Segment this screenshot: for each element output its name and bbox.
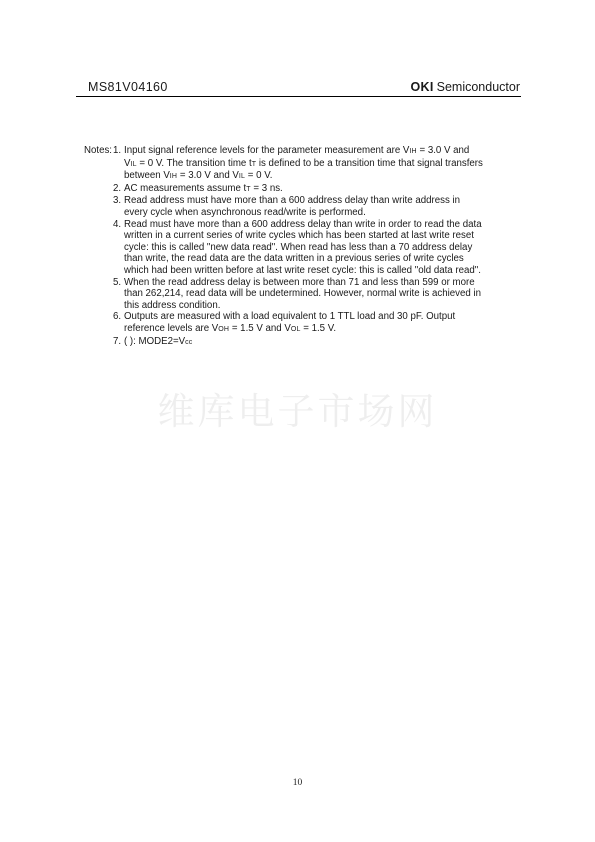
note-number: 5. <box>113 277 124 289</box>
notes-list: 1. Input signal reference levels for the… <box>113 145 554 348</box>
note-text: Outputs are measured with a load equival… <box>124 311 455 335</box>
note-text: Input signal reference levels for the pa… <box>124 145 483 183</box>
header-brand-suffix: Semiconductor <box>437 80 520 94</box>
note-number: 2. <box>113 183 124 195</box>
notes-label: Notes: <box>84 145 112 157</box>
note-item: 2. AC measurements assume tT = 3 ns. <box>113 183 554 196</box>
note-item: 6. Outputs are measured with a load equi… <box>113 311 554 335</box>
note-item: 3. Read address must have more than a 60… <box>113 195 554 218</box>
header-doc-number: MS81V04160 <box>88 81 168 94</box>
note-text: AC measurements assume tT = 3 ns. <box>124 183 283 196</box>
note-item: 4. Read must have more than a 600 addres… <box>113 219 554 277</box>
note-item: 1. Input signal reference levels for the… <box>113 145 554 183</box>
datasheet-page: MS81V04160 OKISemiconductor Notes: 1. In… <box>0 0 595 842</box>
note-number: 3. <box>113 195 124 207</box>
watermark-text: 维库电子市场网 <box>0 392 595 432</box>
notes-section: Notes: 1. Input signal reference levels … <box>84 145 554 348</box>
page-number: 10 <box>0 778 595 788</box>
note-text: Read must have more than a 600 address d… <box>124 219 482 277</box>
note-item: 7. ( ): MODE2=Vcc <box>113 336 554 349</box>
note-number: 6. <box>113 311 124 323</box>
note-number: 4. <box>113 219 124 231</box>
note-item: 5. When the read address delay is betwee… <box>113 277 554 312</box>
note-text: Read address must have more than a 600 a… <box>124 195 460 218</box>
header-brand-name: OKI <box>411 80 434 94</box>
note-number: 7. <box>113 336 124 348</box>
note-number: 1. <box>113 145 124 157</box>
note-text: When the read address delay is between m… <box>124 277 481 312</box>
header-rule <box>76 96 521 97</box>
note-text: ( ): MODE2=Vcc <box>124 336 193 349</box>
header-brand: OKISemiconductor <box>411 81 521 94</box>
